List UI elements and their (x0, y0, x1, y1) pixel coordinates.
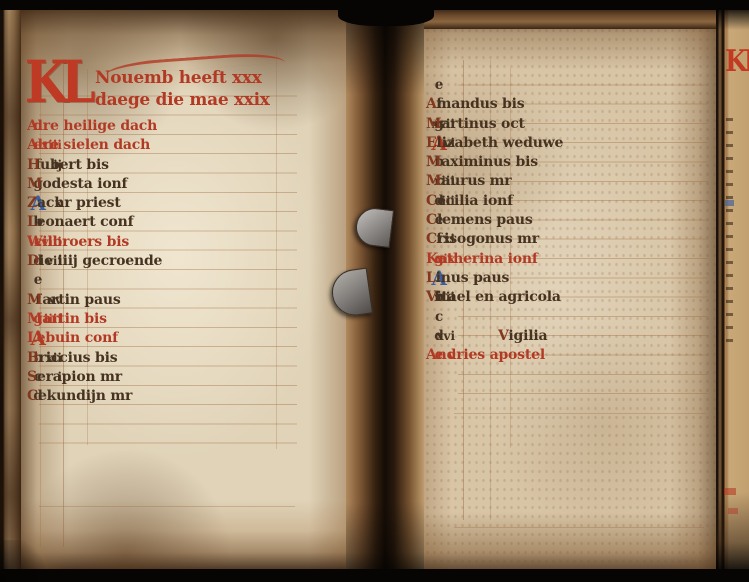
calendar-row: xvidVigilia (426, 327, 712, 346)
feast-entry: Crisogonus mr (426, 230, 539, 249)
calendar-row: viidDie iiij gecroende (27, 252, 293, 271)
kl-monogram-next-folio: KL (725, 44, 749, 79)
month-header-line2: daege die mae xxix (95, 90, 270, 110)
calendar-row: xiiicMaurus mr (426, 172, 712, 191)
dominical-letter: e (426, 76, 452, 95)
feast-entry: Vitael en agricola (426, 288, 561, 307)
calendar-row: dAlre heilige dach (27, 117, 293, 136)
feast-entry: Hubert bis (27, 156, 109, 175)
feast-entry: Cekundijn mr (27, 387, 132, 406)
feast-entry: Briccius bis (27, 349, 117, 368)
calendar-row: e (27, 271, 293, 290)
feast-entry: Martin paus (27, 291, 121, 310)
calendar-row: bLeonaert conf (27, 213, 293, 232)
dominical-letter: c (426, 308, 452, 327)
calendar-row: fAmandus bis (426, 95, 712, 114)
calendar-row: xAZachr priest (27, 194, 293, 213)
feast-entry: Maurus mr (426, 172, 511, 191)
next-folio-blue-initial-sliver (725, 200, 734, 206)
calendar-row: iiidCecilia ionf (426, 192, 712, 211)
calendar-row: xiibBriccius bis (27, 349, 293, 368)
calendar-row: dCekundijn mr (27, 387, 293, 406)
ruling-line (39, 506, 295, 507)
feast-entry: Maximinus bis (426, 153, 538, 172)
calendar-row: gModesta ionf (27, 175, 293, 194)
calendar-row: xviiicWilbroers bis (27, 233, 293, 252)
background-bottom (0, 569, 749, 582)
calendar-row: ALinus paus (426, 269, 712, 288)
calendar-row: xviigMartinus oct (426, 115, 712, 134)
fore-edge-next-folio: KL (716, 0, 749, 582)
manuscript-photo: KL Nouemb heeft xxx daege die mae xxix d… (0, 0, 749, 582)
calendar-row: bMaximinus bis (426, 153, 712, 172)
feast-entry: Serapion mr (27, 368, 122, 387)
feast-entry: Lebuin conf (27, 329, 118, 348)
calendar-rows-left: dAlre heilige dachxiiieAlre sielen dachi… (27, 117, 293, 406)
feast-entry: Clemens paus (426, 211, 533, 230)
calendar-row: xixgKatherina ionf (426, 250, 712, 269)
calendar-row: c (426, 308, 712, 327)
feast-entry: Alre heilige dach (27, 117, 157, 136)
calendar-page-right: efAmandus bisxviigMartinus octviAElizabe… (424, 8, 716, 574)
feast-entry: Alre sielen dach (27, 136, 150, 155)
calendar-row: iiiigMartin bis (27, 310, 293, 329)
ruling-line (454, 413, 706, 414)
calendar-row: viAElizabeth weduwe (426, 134, 712, 153)
feast-entry: Elizabeth weduwe (426, 134, 563, 153)
calendar-row: veAndries apostel (426, 346, 712, 365)
feast-entry: Wilbroers bis (27, 233, 129, 252)
background-corner (0, 540, 50, 582)
feast-entry: Leonaert conf (27, 213, 133, 232)
feast-entry: Andries apostel (426, 346, 545, 365)
calendar-row: eClemens paus (426, 211, 712, 230)
feast-entry: Linus paus (426, 269, 509, 288)
next-folio-red-mark (724, 488, 736, 495)
feast-entry: Zachr priest (27, 194, 121, 213)
calendar-row: xiiieAlre sielen dach (27, 136, 293, 155)
calendar-row: xifCrisogonus mr (426, 230, 712, 249)
calendar-page-left: KL Nouemb heeft xxx daege die mae xxix d… (21, 9, 347, 572)
calendar-row: ALebuin conf (27, 329, 293, 348)
kl-monogram: KL (25, 54, 89, 112)
background-top (0, 0, 749, 10)
dominical-letter: e (27, 271, 49, 290)
next-folio-text-sliver (726, 118, 733, 348)
left-page-edges (0, 0, 22, 582)
calendar-row: viiibVitael en agricola (426, 288, 712, 307)
feast-entry: Die iiij gecroende (27, 252, 162, 271)
calendar-row: icSerapion mr (27, 368, 293, 387)
month-header-line1: Nouemb heeft xxx (95, 68, 262, 88)
calendar-rows-right: efAmandus bisxviigMartinus octviAElizabe… (426, 76, 712, 365)
feast-entry: Cecilia ionf (426, 192, 513, 211)
calendar-row: ijfHubert bis (27, 156, 293, 175)
feast-entry: Vigilia (426, 327, 547, 346)
feast-entry: Amandus bis (426, 95, 524, 114)
ruling-line (454, 527, 704, 528)
calendar-row: xvfMartin paus (27, 291, 293, 310)
calendar-row: e (426, 76, 712, 95)
next-folio-red-mark (728, 508, 738, 514)
